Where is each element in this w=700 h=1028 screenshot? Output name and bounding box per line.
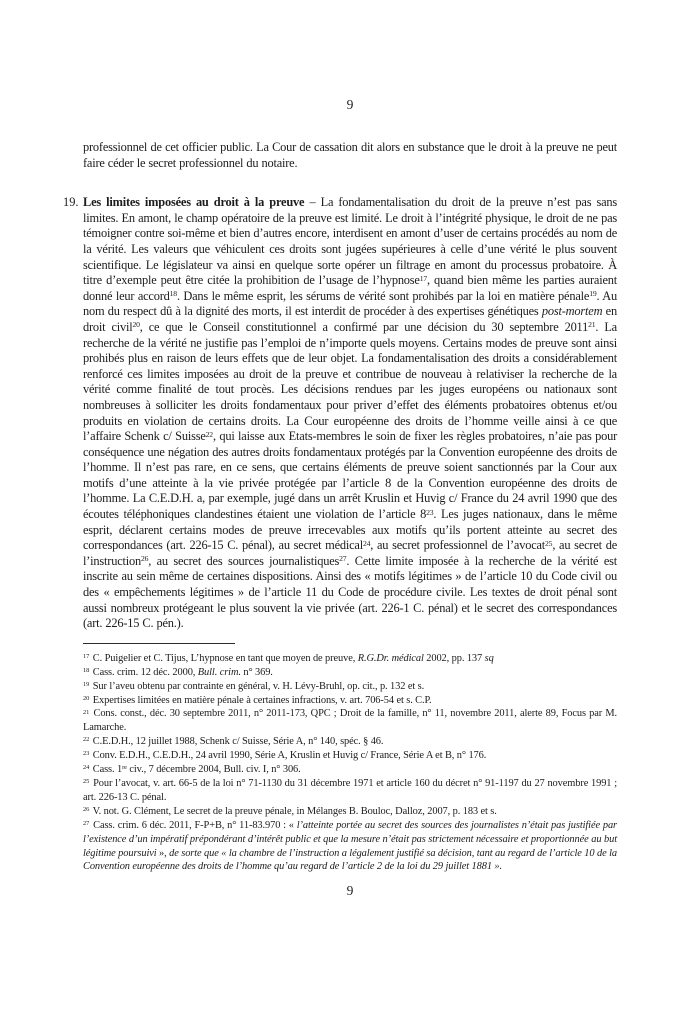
text-run: »,	[157, 848, 170, 859]
paragraph-19-text: Les limites imposées au droit à la preuv…	[83, 195, 617, 632]
footnote-reference: 22	[206, 430, 213, 439]
footnote-reference: 24	[363, 539, 370, 548]
text-run: n° 369.	[241, 667, 273, 678]
text-run: Conv. E.D.H., C.E.D.H., 24 avril 1990, S…	[93, 750, 486, 761]
footnote-reference: 17	[420, 274, 427, 283]
text-run: Cass. 1	[93, 764, 122, 775]
text-run: Les limites imposées au droit à la preuv…	[83, 195, 304, 209]
footnote-24: 24 Cass. 1re civ., 7 décembre 2004, Bull…	[83, 763, 617, 777]
text-run: Cass. crim. 12 déc. 2000,	[93, 667, 198, 678]
footnote-reference: 19	[589, 289, 596, 298]
text-run: Cons. const., déc. 30 septembre 2011, n°…	[83, 708, 617, 733]
text-run: . Dans le même esprit, les sérums de vér…	[177, 289, 589, 303]
footnote-number: 22	[83, 736, 89, 743]
text-run: Cass. crim. 6 déc. 2011, F-P+B, n° 11-83…	[93, 820, 297, 831]
footnote-list: 17 C. Puigelier et C. Tijus, L’hypnose e…	[83, 652, 617, 875]
footnote-18: 18 Cass. crim. 12 déc. 2000, Bull. crim.…	[83, 666, 617, 680]
footnote-17: 17 C. Puigelier et C. Tijus, L’hypnose e…	[83, 652, 617, 666]
footnote-number: 20	[83, 695, 89, 702]
footnote-27: 27 Cass. crim. 6 déc. 2011, F-P+B, n° 11…	[83, 819, 617, 875]
footnote-text: V. not. G. Clément, Le secret de la preu…	[93, 806, 497, 817]
document-page: 9 professionnel de cet officier public. …	[0, 0, 700, 1028]
footnote-text: Pour l’avocat, v. art. 66-5 de la loi n°…	[83, 778, 617, 803]
text-run: 2002, pp. 137	[424, 653, 485, 664]
footnote-number: 27	[83, 820, 89, 827]
footnote-22: 22 C.E.D.H., 12 juillet 1988, Schenk c/ …	[83, 735, 617, 749]
text-run: , ce que le Conseil constitutionnel a co…	[140, 320, 588, 334]
text-run: Bull. crim.	[198, 667, 241, 678]
footnote-23: 23 Conv. E.D.H., C.E.D.H., 24 avril 1990…	[83, 749, 617, 763]
footnote-25: 25 Pour l’avocat, v. art. 66-5 de la loi…	[83, 777, 617, 805]
text-run: post-mortem	[542, 304, 602, 318]
footnotes-section: 17 C. Puigelier et C. Tijus, L’hypnose e…	[83, 643, 617, 875]
paragraph-19: 19. Les limites imposées au droit à la p…	[83, 195, 617, 632]
footnote-number: 26	[83, 806, 89, 813]
footnote-21: 21 Cons. const., déc. 30 septembre 2011,…	[83, 707, 617, 735]
text-run: , au secret professionnel de l’avocat	[370, 538, 545, 552]
text-run: . La recherche de la vérité ne justifie …	[83, 320, 617, 443]
footnote-reference: 18	[170, 289, 177, 298]
footnote-reference: 25	[545, 539, 552, 548]
footnote-number: 21	[83, 709, 89, 716]
footnote-number: 24	[83, 764, 89, 771]
text-run: Pour l’avocat, v. art. 66-5 de la loi n°…	[83, 778, 617, 803]
footnote-reference: 27	[339, 554, 346, 563]
footnote-26: 26 V. not. G. Clément, Le secret de la p…	[83, 805, 617, 819]
footnote-number: 19	[83, 681, 89, 688]
footnote-text: C. Puigelier et C. Tijus, L’hypnose en t…	[93, 653, 494, 664]
footnote-text: Sur l’aveu obtenu par contrainte en géné…	[93, 681, 424, 692]
text-run: , au secret des sources journalistiques	[148, 554, 339, 568]
header-page-number: 9	[83, 96, 617, 114]
text-run: Sur l’aveu obtenu par contrainte en géné…	[93, 681, 424, 692]
footnote-19: 19 Sur l’aveu obtenu par contrainte en g…	[83, 680, 617, 694]
footnote-text: Cons. const., déc. 30 septembre 2011, n°…	[83, 708, 617, 733]
footnote-number: 17	[83, 653, 89, 660]
text-run: Expertises limitées en matière pénale à …	[93, 695, 432, 706]
footnote-reference: re	[122, 764, 127, 771]
footnote-text: Conv. E.D.H., C.E.D.H., 24 avril 1990, S…	[93, 750, 486, 761]
footnote-text: Cass. crim. 12 déc. 2000, Bull. crim. n°…	[93, 667, 273, 678]
footnote-reference: 21	[588, 320, 595, 329]
text-run: C.E.D.H., 12 juillet 1988, Schenk c/ Sui…	[93, 736, 384, 747]
footer-page-number: 9	[83, 882, 617, 900]
footnote-number: 23	[83, 750, 89, 757]
intro-paragraph: professionnel de cet officier public. La…	[83, 140, 617, 171]
footnote-text: Cass. 1re civ., 7 décembre 2004, Bull. c…	[93, 764, 301, 775]
footnote-number: 25	[83, 778, 89, 785]
footnote-reference: 20	[132, 320, 139, 329]
text-run: C. Puigelier et C. Tijus, L’hypnose en t…	[93, 653, 358, 664]
footnote-reference: 23	[426, 508, 433, 517]
footnote-text: Expertises limitées en matière pénale à …	[93, 695, 432, 706]
footnote-reference: 26	[141, 554, 148, 563]
footnote-20: 20 Expertises limitées en matière pénale…	[83, 694, 617, 708]
footnote-text: Cass. crim. 6 déc. 2011, F-P+B, n° 11-83…	[83, 820, 617, 873]
text-run: sq	[485, 653, 494, 664]
footnote-separator	[83, 643, 235, 644]
text-run: professionnel de cet officier public. La…	[83, 140, 617, 170]
text-run: civ., 7 décembre 2004, Bull. civ. I, n° …	[127, 764, 301, 775]
paragraph-number: 19.	[63, 195, 79, 211]
text-run: R.G.Dr. médical	[358, 653, 424, 664]
footnote-text: C.E.D.H., 12 juillet 1988, Schenk c/ Sui…	[93, 736, 384, 747]
footnote-number: 18	[83, 667, 89, 674]
text-run: V. not. G. Clément, Le secret de la preu…	[93, 806, 497, 817]
